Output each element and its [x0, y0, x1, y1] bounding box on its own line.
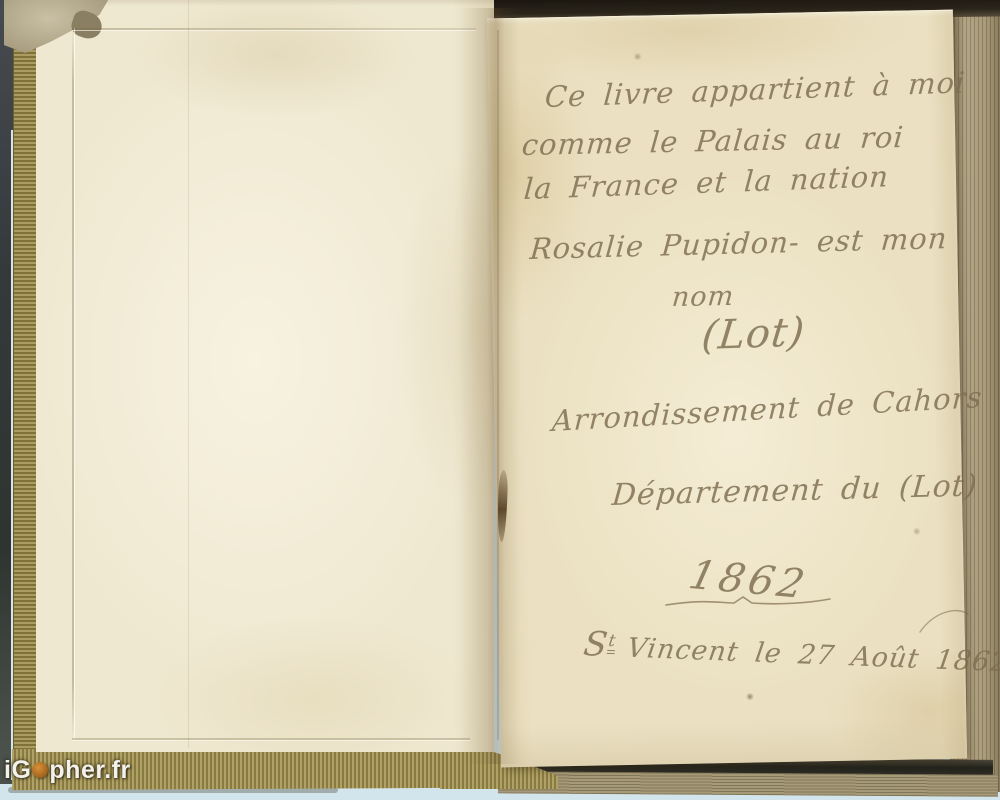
handwriting-line-6: (Lot)	[700, 309, 808, 359]
pastedown-page	[36, 0, 494, 752]
date-initial: S	[581, 624, 611, 664]
handwriting-line-5: nom	[671, 281, 736, 313]
turn-in-groove-top	[72, 28, 476, 30]
bottom-cover-edge	[498, 771, 998, 796]
gutter-shadow	[460, 8, 520, 764]
gutter-crease	[497, 30, 499, 740]
flourish-underline	[664, 594, 834, 610]
flourish-curl	[918, 604, 970, 634]
turn-in-groove-bottom	[72, 738, 470, 740]
turn-in-groove-vertical	[72, 28, 74, 740]
watermark-gopher-icon	[32, 762, 48, 778]
watermark-prefix: iG	[4, 756, 31, 784]
date-superscript: t	[607, 630, 618, 650]
paper-crease-line	[188, 0, 189, 748]
watermark: iGpher.fr	[4, 756, 131, 785]
watermark-suffix: pher.fr	[49, 756, 130, 784]
book-photo: Ce livre appartient à moi comme le Palai…	[0, 0, 1000, 800]
